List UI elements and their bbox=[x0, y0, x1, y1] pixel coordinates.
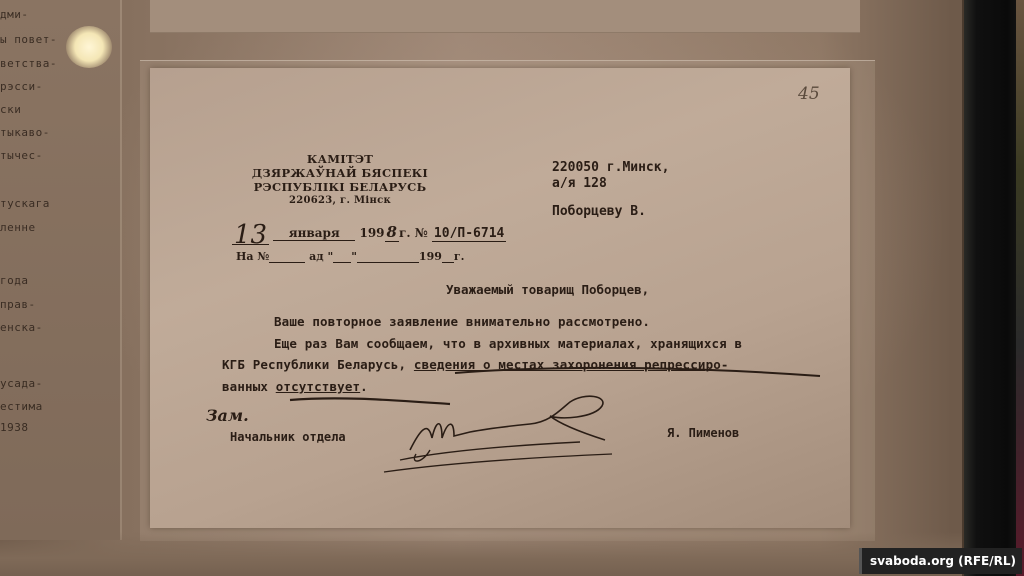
bg-doc-line: енска- bbox=[0, 321, 43, 334]
ref-year-prefix: 199 bbox=[419, 250, 442, 263]
sender-letterhead: КАМІТЭТ ДЗЯРЖАЎНАЙ БЯСПЕКІ РЭСПУБЛІКІ БЕ… bbox=[230, 152, 450, 208]
bg-doc-line: усада- bbox=[0, 377, 43, 390]
background-document: дми- ы повет- ветства- рэсси- ски тыкаво… bbox=[0, 0, 122, 540]
body-line: Еще раз Вам сообщаем, что в архивных мат… bbox=[222, 333, 822, 355]
bg-doc-line: прав- bbox=[0, 298, 36, 311]
bg-doc-line: дми- bbox=[0, 8, 29, 21]
signer-title: Начальник отдела bbox=[230, 430, 346, 444]
underlined-text: сведения о местах захоронения репрессиро… bbox=[414, 357, 729, 372]
bg-doc-line: ы повет- bbox=[0, 33, 57, 46]
body-text: . bbox=[360, 379, 368, 394]
recipient-block: 220050 г.Минск, а/я 128 Поборцеву В. bbox=[552, 160, 669, 220]
underlined-text: отсутствует bbox=[276, 379, 360, 394]
body-text: ванных bbox=[222, 379, 276, 394]
bg-doc-line: естима bbox=[0, 400, 43, 413]
handwritten-deputy-prefix: Зам. bbox=[206, 406, 249, 425]
document-number: 10/П-6714 bbox=[432, 226, 506, 242]
recipient-box: а/я 128 bbox=[552, 176, 669, 192]
body-line: КГБ Республики Беларусь, сведения о мест… bbox=[222, 354, 822, 376]
bg-doc-line: ски bbox=[0, 103, 21, 116]
handwritten-signature bbox=[380, 390, 620, 480]
date-year-label: г. bbox=[399, 226, 411, 240]
body-paragraph: Ваше повторное заявление внимательно рас… bbox=[222, 311, 822, 333]
page-number: 45 bbox=[798, 84, 820, 104]
sender-line: ДЗЯРЖАЎНАЙ БЯСПЕКІ bbox=[230, 166, 450, 180]
bg-doc-line: ветства- bbox=[0, 57, 57, 70]
date-year-prefix: 199 bbox=[359, 226, 384, 240]
recipient-postal: 220050 г.Минск, bbox=[552, 160, 669, 176]
date-year-suffix: 8 bbox=[387, 223, 397, 241]
signer-name: Я. Пименов bbox=[667, 426, 739, 440]
kgb-letter: 45 КАМІТЭТ ДЗЯРЖАЎНАЙ БЯСПЕКІ РЭСПУБЛІКІ… bbox=[150, 68, 850, 528]
date-day: 13 bbox=[234, 220, 267, 250]
body-text: КГБ Республики Беларусь, bbox=[222, 357, 414, 372]
greeting: Уважаемый товарищ Поборцев, bbox=[446, 282, 649, 297]
source-watermark: svaboda.org (RFE/RL) bbox=[859, 548, 1022, 574]
ref-year-label: г. bbox=[454, 250, 465, 263]
date-month: января bbox=[273, 226, 355, 241]
sender-line: РЭСПУБЛІКІ БЕЛАРУСЬ bbox=[230, 180, 450, 194]
light-reflection bbox=[66, 26, 112, 68]
bg-doc-line: рэсси- bbox=[0, 80, 43, 93]
ref-ot-label: ад " bbox=[309, 250, 333, 263]
background-paper-strip bbox=[150, 0, 860, 33]
bg-doc-line: тыкаво- bbox=[0, 126, 50, 139]
ref-na-label: На № bbox=[236, 250, 269, 263]
sender-address: 220623, г. Мінск bbox=[230, 194, 450, 208]
bg-doc-line: ленне bbox=[0, 221, 36, 234]
letter-body: Ваше повторное заявление внимательно рас… bbox=[222, 311, 822, 397]
bg-doc-line: 1938 bbox=[0, 421, 29, 434]
bg-doc-line: тычес- bbox=[0, 149, 43, 162]
bg-doc-line: тускага bbox=[0, 197, 50, 210]
frame-edge bbox=[1016, 0, 1024, 576]
display-frame bbox=[962, 0, 1024, 576]
reference-line: На № ад ""199г. bbox=[236, 250, 464, 263]
recipient-name: Поборцеву В. bbox=[552, 204, 669, 220]
sender-line: КАМІТЭТ bbox=[230, 152, 450, 166]
bg-doc-line: года bbox=[0, 274, 29, 287]
number-label: № bbox=[415, 226, 428, 240]
display-base bbox=[0, 532, 962, 576]
date-line: 13 января 1998г. № 10/П-6714 bbox=[232, 214, 506, 245]
